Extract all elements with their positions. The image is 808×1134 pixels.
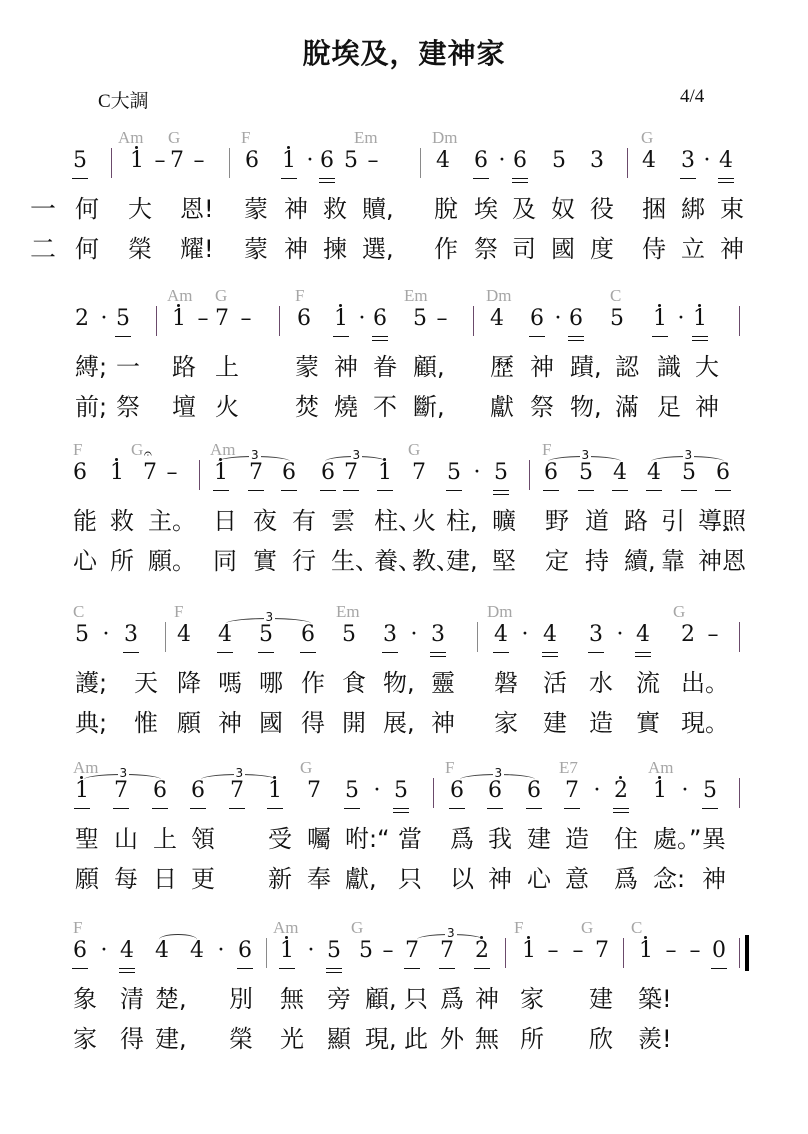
lyric-syllable: 實: [253, 541, 277, 576]
barline: [623, 938, 624, 968]
lyric-syllable: 焚: [295, 387, 319, 422]
lyric-syllable: 心: [73, 541, 97, 576]
lyric-syllable: 不: [373, 387, 397, 422]
lyric-syllable: 建: [527, 819, 551, 854]
chord-symbol: G: [300, 758, 312, 778]
lyric-syllable: 食: [342, 663, 366, 698]
note: 1: [126, 148, 148, 173]
lyric-syllable: 國: [551, 229, 575, 264]
lyric-syllable: 心: [527, 859, 551, 894]
lyric-syllable: 持: [585, 541, 609, 576]
lyric-syllable: 祭: [530, 387, 554, 422]
page-title: 脫埃及，建神家: [0, 32, 808, 72]
note: 7: [591, 938, 613, 963]
lyric-syllable: 歷: [490, 347, 514, 382]
lyric-syllable: 前;: [75, 387, 107, 422]
lyric-syllable: 束: [720, 189, 744, 224]
note: 5: [490, 460, 512, 485]
lyric-syllable: 神: [695, 387, 719, 422]
chord-symbol: G: [408, 440, 420, 460]
lyric-syllable: 柱,: [446, 501, 478, 536]
note: 5: [355, 938, 377, 963]
chord-symbol: E7: [559, 758, 578, 778]
lyric-syllable: 流: [636, 663, 660, 698]
note: 1: [518, 938, 540, 963]
chord-symbol: Am: [273, 918, 299, 938]
tie: [159, 934, 197, 945]
note: –: [377, 938, 399, 963]
lyric-syllable: 榮: [229, 1019, 253, 1054]
note: 5: [699, 778, 721, 803]
lyric-syllable: 神: [284, 189, 308, 224]
chord-symbol: G: [581, 918, 593, 938]
note: 5: [338, 622, 360, 647]
barline: [627, 148, 628, 178]
chord-symbol: G: [215, 286, 227, 306]
lyric-syllable: 出。: [681, 663, 729, 698]
note: 1: [168, 306, 190, 331]
chord-symbol: G: [641, 128, 653, 148]
lyric-syllable: 耀!: [180, 229, 214, 264]
chord-symbol: F: [174, 602, 183, 622]
lyric-syllable: 同: [213, 541, 237, 576]
note: 4: [539, 622, 561, 647]
chord-symbol: G: [351, 918, 363, 938]
lyric-syllable: 侍: [642, 229, 666, 264]
lyric-syllable: 無: [280, 979, 304, 1014]
lyric-syllable: 作: [301, 663, 325, 698]
lyric-syllable: 選,: [362, 229, 394, 264]
lyric-syllable: 神: [475, 979, 499, 1014]
lyric-syllable: 立: [681, 229, 705, 264]
chord-symbol: F: [73, 440, 82, 460]
barline: [529, 460, 530, 490]
lyric-syllable: 神: [698, 541, 722, 576]
lyric-syllable: 欣: [589, 1019, 613, 1054]
note: 4: [632, 622, 654, 647]
chord-symbol: Em: [336, 602, 360, 622]
lyric-syllable: 救: [323, 189, 347, 224]
barline: [739, 938, 740, 968]
lyric-syllable: 家: [494, 703, 518, 738]
chord-symbol: C: [73, 602, 84, 622]
verse-label-2: 二: [30, 229, 56, 266]
lyric-syllable: 惟: [134, 703, 158, 738]
note: 7: [408, 460, 430, 485]
chord-symbol: Am: [167, 286, 193, 306]
note: 3: [427, 622, 449, 647]
note: 6: [565, 306, 587, 331]
barline: [477, 622, 478, 652]
lyric-syllable: 神: [702, 859, 726, 894]
lyric-syllable: 物,: [383, 663, 415, 698]
note: 5: [548, 148, 570, 173]
chord-symbol: Em: [404, 286, 428, 306]
note: ·: [609, 622, 631, 647]
lyric-syllable: 恩!: [180, 189, 214, 224]
note: ·: [674, 778, 696, 803]
lyric-syllable: 家: [520, 979, 544, 1014]
lyric-syllable: 哪: [259, 663, 283, 698]
lyric-syllable: 役: [590, 189, 614, 224]
lyric-syllable: 受: [268, 819, 292, 854]
chord-symbol: Am: [648, 758, 674, 778]
note: 2: [71, 306, 93, 331]
note: –: [660, 938, 682, 963]
lyric-syllable: 清: [120, 979, 144, 1014]
barline: [279, 306, 280, 336]
lyric-syllable: 國: [259, 703, 283, 738]
note: 1: [330, 306, 352, 331]
lyric-syllable: 能: [73, 501, 97, 536]
note: 6: [234, 938, 256, 963]
lyric-syllable: 曠: [492, 501, 516, 536]
lyric-syllable: 建: [543, 703, 567, 738]
lyric-syllable: 所: [520, 1019, 544, 1054]
lyric-syllable: 蒙: [244, 229, 268, 264]
lyric-syllable: 何: [75, 229, 99, 264]
lyric-syllable: 得: [120, 1019, 144, 1054]
lyric-syllable: 野: [545, 501, 569, 536]
note: 1: [649, 778, 671, 803]
lyric-syllable: 足: [657, 387, 681, 422]
tuplet-number: 3: [351, 448, 363, 462]
note: 1: [276, 938, 298, 963]
lyric-syllable: 路: [624, 501, 648, 536]
note: –: [684, 938, 706, 963]
note: 6: [316, 148, 338, 173]
lyric-syllable: 堅: [492, 541, 516, 576]
lyric-syllable: 活: [543, 663, 567, 698]
note: –: [235, 306, 257, 331]
lyric-syllable: 縛;: [75, 347, 107, 382]
lyric-syllable: 建,: [446, 541, 478, 576]
lyric-syllable: 燒: [334, 387, 358, 422]
note: 6: [509, 148, 531, 173]
note: 4: [715, 148, 737, 173]
lyric-syllable: 爲: [440, 979, 464, 1014]
lyric-syllable: 囑: [307, 819, 331, 854]
lyric-syllable: 綁: [681, 189, 705, 224]
note: 1: [635, 938, 657, 963]
barline: [473, 306, 474, 336]
lyric-syllable: 別: [229, 979, 253, 1014]
lyric-syllable: 神: [218, 703, 242, 738]
lyric-syllable: 爲: [614, 859, 638, 894]
chord-symbol: Dm: [432, 128, 458, 148]
lyric-syllable: 咐:“: [345, 819, 390, 854]
lyric-syllable: 蒙: [295, 347, 319, 382]
note: 6: [526, 306, 548, 331]
note: 5: [390, 778, 412, 803]
lyric-syllable: 認: [615, 347, 639, 382]
tuplet-number: 3: [264, 610, 276, 624]
lyric-syllable: 得: [301, 703, 325, 738]
chord-symbol: F: [241, 128, 250, 148]
tuplet-number: 3: [445, 926, 457, 940]
barline: [739, 306, 740, 336]
note: 4: [173, 622, 195, 647]
note: 2: [677, 622, 699, 647]
lyric-syllable: 天: [134, 663, 158, 698]
lyric-syllable: 所: [110, 541, 134, 576]
note: –: [362, 148, 384, 173]
barline: [229, 148, 230, 178]
note: –: [542, 938, 564, 963]
note: 3: [586, 148, 608, 173]
lyric-syllable: 脫: [434, 189, 458, 224]
note: ·: [403, 622, 425, 647]
lyric-syllable: 以: [450, 859, 474, 894]
lyric-syllable: 磐: [494, 663, 518, 698]
lyric-syllable: 祭: [116, 387, 140, 422]
chord-symbol: Em: [354, 128, 378, 148]
fermata-icon: 𝄐: [144, 446, 152, 462]
note: 4: [432, 148, 454, 173]
lyric-syllable: 新: [268, 859, 292, 894]
lyric-syllable: 夜: [253, 501, 277, 536]
lyric-syllable: 築!: [638, 979, 672, 1014]
lyric-syllable: 顧,: [413, 347, 445, 382]
lyric-syllable: 光: [280, 1019, 304, 1054]
lyric-syllable: 神: [720, 229, 744, 264]
note: 6: [69, 938, 91, 963]
lyric-syllable: 上: [153, 819, 177, 854]
tuplet-number: 3: [683, 448, 695, 462]
note: –: [567, 938, 589, 963]
lyric-syllable: 領: [191, 819, 215, 854]
barline: [111, 148, 112, 178]
note: 7: [561, 778, 583, 803]
barline: [739, 778, 740, 808]
lyric-syllable: 榮: [128, 229, 152, 264]
lyric-syllable: 作: [434, 229, 458, 264]
note: 5: [112, 306, 134, 331]
lyric-syllable: 現。: [681, 703, 729, 738]
lyric-syllable: 願。: [148, 541, 196, 576]
note: 6: [241, 148, 263, 173]
note: 1: [278, 148, 300, 173]
note: 4: [486, 306, 508, 331]
lyric-syllable: 照: [722, 501, 746, 536]
lyric-syllable: 火: [215, 387, 239, 422]
verse-label-1: 一: [30, 189, 56, 226]
lyric-syllable: 旁: [327, 979, 351, 1014]
lyric-syllable: 願: [177, 703, 201, 738]
note: 0: [708, 938, 730, 963]
note: –: [702, 622, 724, 647]
lyric-syllable: 外: [440, 1019, 464, 1054]
final-barline: [745, 935, 749, 971]
lyric-syllable: 奴: [551, 189, 575, 224]
lyric-syllable: 象: [73, 979, 97, 1014]
lyric-syllable: 靈: [431, 663, 455, 698]
note: ·: [95, 622, 117, 647]
lyric-syllable: 護;: [75, 663, 107, 698]
lyric-syllable: 神: [334, 347, 358, 382]
lyric-syllable: 捆: [642, 189, 666, 224]
lyric-syllable: 蒙: [244, 189, 268, 224]
chord-symbol: G: [673, 602, 685, 622]
lyric-syllable: 每: [114, 859, 138, 894]
note: ·: [300, 938, 322, 963]
lyric-syllable: 及: [512, 189, 536, 224]
lyric-syllable: 嗎: [218, 663, 242, 698]
lyric-syllable: 神: [431, 703, 455, 738]
lyric-syllable: 楚,: [155, 979, 187, 1014]
lyric-syllable: 典;: [75, 703, 107, 738]
lyric-syllable: 日: [153, 859, 177, 894]
note: 5: [71, 622, 93, 647]
lyric-syllable: 聖: [75, 819, 99, 854]
lyric-syllable: 埃: [474, 189, 498, 224]
lyric-syllable: 開: [342, 703, 366, 738]
lyric-syllable: 奉: [307, 859, 331, 894]
note: 4: [116, 938, 138, 963]
lyric-syllable: 此: [404, 1019, 428, 1054]
note: 6: [369, 306, 391, 331]
lyric-syllable: 建: [589, 979, 613, 1014]
lyric-syllable: 當: [398, 819, 422, 854]
chord-symbol: Dm: [487, 602, 513, 622]
lyric-syllable: 爲: [450, 819, 474, 854]
lyric-syllable: 蹟,: [570, 347, 602, 382]
lyric-syllable: 一: [116, 347, 140, 382]
lyric-syllable: 神: [488, 859, 512, 894]
lyric-syllable: 道: [585, 501, 609, 536]
lyric-syllable: 顯: [327, 1019, 351, 1054]
lyric-syllable: 獻,: [345, 859, 377, 894]
barline: [266, 938, 267, 968]
note: 1: [106, 460, 128, 485]
lyric-syllable: 主。: [148, 501, 196, 536]
lyric-syllable: 定: [545, 541, 569, 576]
note: ·: [514, 622, 536, 647]
lyric-syllable: 只: [398, 859, 422, 894]
note: 5: [341, 778, 363, 803]
lyric-syllable: 何: [75, 189, 99, 224]
note: 5: [409, 306, 431, 331]
note: ·: [366, 778, 388, 803]
lyric-syllable: 水: [589, 663, 613, 698]
barline: [199, 460, 200, 490]
lyric-syllable: 大: [695, 347, 719, 382]
lyric-syllable: 路: [172, 347, 196, 382]
lyric-syllable: 展,: [383, 703, 415, 738]
chord-symbol: Am: [118, 128, 144, 148]
lyric-syllable: 引: [661, 501, 685, 536]
note: 7: [303, 778, 325, 803]
lyric-syllable: 羨!: [638, 1019, 672, 1054]
barline: [156, 306, 157, 336]
note: 3: [379, 622, 401, 647]
chord-symbol: C: [631, 918, 642, 938]
lyric-syllable: 度: [590, 229, 614, 264]
note: 7: [211, 306, 233, 331]
chord-symbol: F: [514, 918, 523, 938]
lyric-syllable: 神: [530, 347, 554, 382]
chord-symbol: F: [542, 440, 551, 460]
lyric-syllable: 異: [702, 819, 726, 854]
chord-symbol: Dm: [486, 286, 512, 306]
lyric-syllable: 大: [128, 189, 152, 224]
lyric-syllable: 識: [657, 347, 681, 382]
lyric-syllable: 家: [73, 1019, 97, 1054]
lyric-syllable: 無: [475, 1019, 499, 1054]
note: ·: [586, 778, 608, 803]
note: 5: [340, 148, 362, 173]
lyric-syllable: 降: [177, 663, 201, 698]
lyric-syllable: 獻: [490, 387, 514, 422]
tuplet-number: 3: [249, 448, 261, 462]
chord-symbol: F: [73, 918, 82, 938]
time-signature: 4/4: [680, 86, 704, 108]
chord-symbol: C: [610, 286, 621, 306]
note: –: [188, 148, 210, 173]
lyric-syllable: 實: [636, 703, 660, 738]
lyric-syllable: 上: [215, 347, 239, 382]
note: 4: [638, 148, 660, 173]
chord-symbol: F: [295, 286, 304, 306]
tuplet-number: 3: [234, 766, 246, 780]
lyric-syllable: 神: [284, 229, 308, 264]
lyric-syllable: 續,: [624, 541, 656, 576]
note: 6: [293, 306, 315, 331]
lyric-syllable: 壇: [172, 387, 196, 422]
lyric-syllable: 物,: [570, 387, 602, 422]
lyric-syllable: 願: [75, 859, 99, 894]
note: ·: [210, 938, 232, 963]
note: 3: [585, 622, 607, 647]
barline: [433, 778, 434, 808]
lyric-syllable: 山: [114, 819, 138, 854]
barline: [420, 148, 421, 178]
note: 6: [69, 460, 91, 485]
note: 5: [443, 460, 465, 485]
lyric-syllable: 更: [191, 859, 215, 894]
note: 7: [166, 148, 188, 173]
lyric-syllable: 行: [292, 541, 316, 576]
lyric-syllable: 司: [512, 229, 536, 264]
lyric-syllable: 只: [404, 979, 428, 1014]
note: 6: [470, 148, 492, 173]
lyric-syllable: 我: [488, 819, 512, 854]
note: –: [431, 306, 453, 331]
note: 5: [323, 938, 345, 963]
note: –: [161, 460, 183, 485]
tuplet-number: 3: [118, 766, 130, 780]
chord-symbol: F: [445, 758, 454, 778]
lyric-syllable: 住: [614, 819, 638, 854]
chord-symbol: G: [168, 128, 180, 148]
lyric-syllable: 造: [589, 703, 613, 738]
lyric-syllable: 贖,: [362, 189, 394, 224]
lyric-syllable: 祭: [474, 229, 498, 264]
lyric-syllable: 斷,: [413, 387, 445, 422]
note: 2: [610, 778, 632, 803]
tuplet-number: 3: [580, 448, 592, 462]
lyric-syllable: 日: [213, 501, 237, 536]
note: ·: [466, 460, 488, 485]
barline: [739, 622, 740, 652]
lyric-syllable: 造: [565, 819, 589, 854]
lyric-syllable: 火: [412, 501, 436, 536]
tuplet-number: 3: [493, 766, 505, 780]
lyric-syllable: 有: [292, 501, 316, 536]
barline: [165, 622, 166, 652]
lyric-syllable: 雲: [331, 501, 355, 536]
chord-symbol: G: [131, 440, 143, 460]
